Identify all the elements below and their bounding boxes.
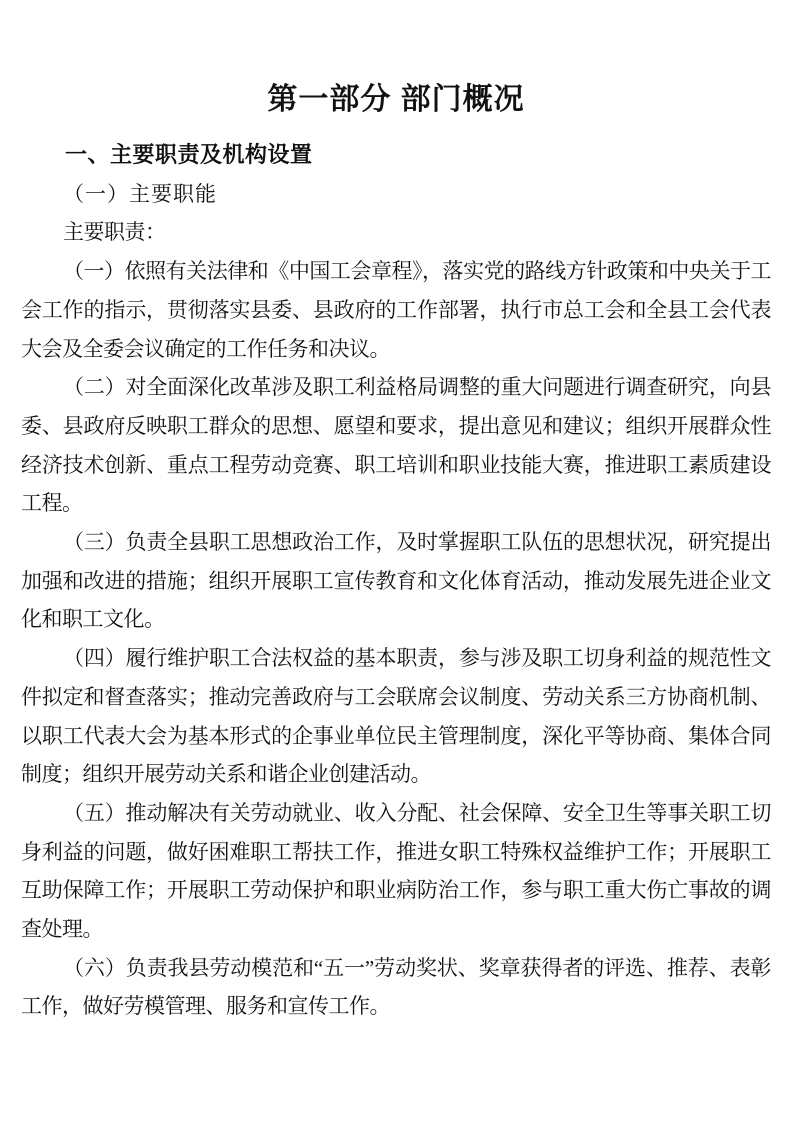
body-paragraph-6: （六）负责我县劳动模范和“五一”劳动奖状、奖章获得者的评选、推荐、表彰工作，做好… bbox=[21, 949, 771, 1026]
body-paragraph-4: （四）履行维护职工合法权益的基本职责，参与涉及职工切身利益的规范性文件拟定和督查… bbox=[21, 639, 771, 794]
lead-paragraph: 主要职责： bbox=[21, 213, 771, 252]
subsection-heading: （一）主要职能 bbox=[21, 175, 771, 214]
body-paragraph-3: （三）负责全县职工思想政治工作，及时掌握职工队伍的思想状况，研究提出加强和改进的… bbox=[21, 523, 771, 639]
document-page: 第一部分 部门概况 一、主要职责及机构设置 （一）主要职能 主要职责： （一）依… bbox=[0, 0, 793, 1122]
section-heading: 一、主要职责及机构设置 bbox=[21, 136, 771, 175]
document-title: 第一部分 部门概况 bbox=[21, 78, 771, 122]
body-paragraph-2: （二）对全面深化改革涉及职工利益格局调整的重大问题进行调查研究，向县委、县政府反… bbox=[21, 368, 771, 523]
body-paragraph-1: （一）依照有关法律和《中国工会章程》，落实党的路线方针政策和中央关于工会工作的指… bbox=[21, 252, 771, 368]
body-paragraph-5: （五）推动解决有关劳动就业、收入分配、社会保障、安全卫生等事关职工切身利益的问题… bbox=[21, 794, 771, 949]
